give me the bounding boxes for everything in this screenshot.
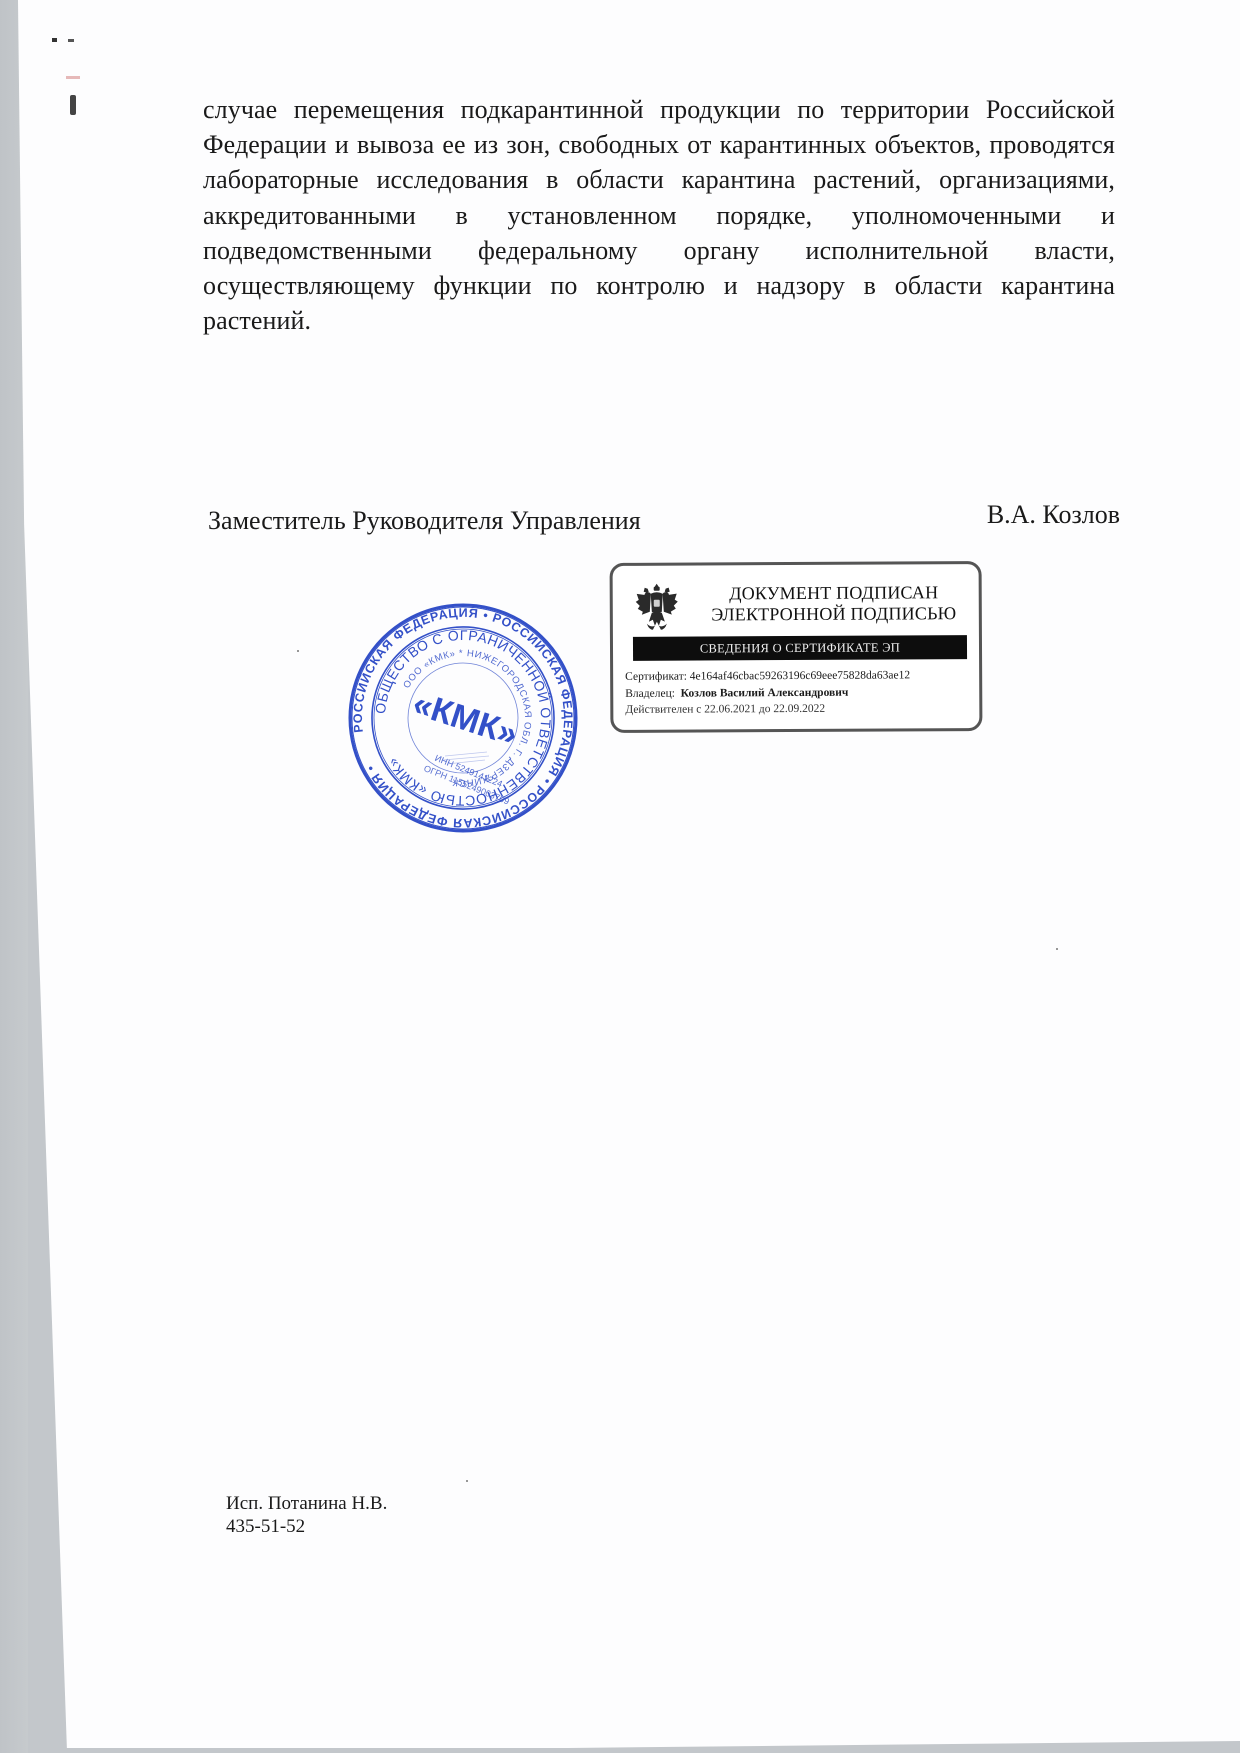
stamp-center-text: «КМК»	[408, 684, 522, 753]
electronic-signature-box: ДОКУМЕНТ ПОДПИСАН ЭЛЕКТРОННОЙ ПОДПИСЬЮ С…	[610, 561, 983, 733]
owner-value: Козлов Василий Александрович	[681, 686, 849, 699]
owner-row: Владелец: Козлов Василий Александрович	[625, 684, 910, 702]
certificate-details: Сертификат: 4e164af46cbac59263196c69eee7…	[625, 667, 910, 718]
validity-period: Действителен с 22.06.2021 до 22.09.2022	[625, 700, 910, 718]
signer-title: Заместитель Руководителя Управления	[208, 506, 641, 536]
certificate-label: Сертификат:	[625, 671, 687, 683]
body-paragraph-block: случае перемещения подкарантинной продук…	[203, 92, 1115, 338]
certificate-value: 4e164af46cbac59263196c69eee75828da63ae12	[690, 669, 910, 682]
stamp-seal-icon: РОССИЙСКАЯ ФЕДЕРАЦИЯ • РОССИЙСКАЯ ФЕДЕРА…	[347, 602, 579, 834]
owner-label: Владелец:	[625, 687, 675, 699]
coat-of-arms-icon	[635, 582, 679, 634]
signer-name: В.А. Козлов	[987, 500, 1120, 530]
executor-block: Исп. Потанина Н.В. 435-51-52	[226, 1492, 387, 1538]
esig-title-line2: ЭЛЕКТРОННОЙ ПОДПИСЬЮ	[709, 603, 959, 625]
certificate-info-bar: СВЕДЕНИЯ О СЕРТИФИКАТЕ ЭП	[633, 635, 967, 661]
esig-title: ДОКУМЕНТ ПОДПИСАН ЭЛЕКТРОННОЙ ПОДПИСЬЮ	[709, 582, 959, 625]
executor-phone: 435-51-52	[226, 1515, 387, 1538]
company-stamp: РОССИЙСКАЯ ФЕДЕРАЦИЯ • РОССИЙСКАЯ ФЕДЕРА…	[347, 602, 579, 834]
esig-title-line1: ДОКУМЕНТ ПОДПИСАН	[709, 582, 959, 604]
executor-name: Исп. Потанина Н.В.	[226, 1492, 387, 1515]
certificate-row: Сертификат: 4e164af46cbac59263196c69eee7…	[625, 667, 910, 685]
body-paragraph: случае перемещения подкарантинной продук…	[203, 92, 1115, 338]
